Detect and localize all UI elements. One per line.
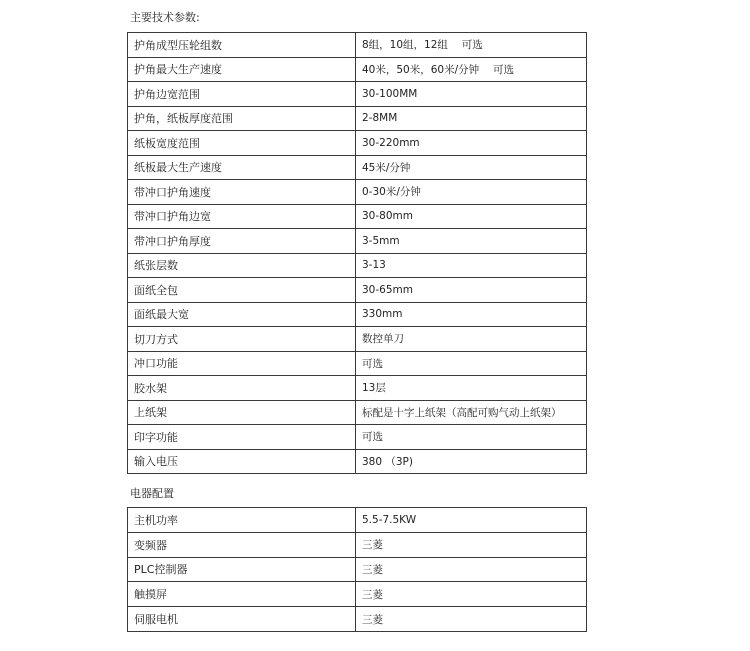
electrical-config-table: 主机功率5.5-7.5KW 变频器三菱 PLC控制器三菱 触摸屏三菱 伺服电机三… xyxy=(127,507,587,632)
spec-value: 30-220mm xyxy=(356,131,587,156)
table-row: 上纸架标配是十字上纸架（高配可购气动上纸架） xyxy=(128,400,587,425)
spec-value: 30-65mm xyxy=(356,278,587,303)
spec-value: 3-13 xyxy=(356,253,587,278)
spec-key: 输入电压 xyxy=(128,449,356,474)
spec-key: 上纸架 xyxy=(128,400,356,425)
main-specs-table: 护角成型压轮组数8组，10组，12组 可选 护角最大生产速度40米，50米，60… xyxy=(127,32,587,474)
spec-value: 三菱 xyxy=(356,607,587,632)
spec-key: 带冲口护角厚度 xyxy=(128,229,356,254)
table-row: 带冲口护角边宽30-80mm xyxy=(128,204,587,229)
spec-value: 3-5mm xyxy=(356,229,587,254)
spec-value: 标配是十字上纸架（高配可购气动上纸架） xyxy=(356,400,587,425)
spec-value: 可选 xyxy=(356,425,587,450)
spec-key: 护角，纸板厚度范围 xyxy=(128,106,356,131)
spec-key: 护角最大生产速度 xyxy=(128,57,356,82)
spec-key: 变频器 xyxy=(128,532,356,557)
table-row: 变频器三菱 xyxy=(128,532,587,557)
table-row: 纸张层数3-13 xyxy=(128,253,587,278)
spec-value: 380 （3P) xyxy=(356,449,587,474)
table-row: 冲口功能可选 xyxy=(128,351,587,376)
table-row: 护角最大生产速度40米，50米，60米/分钟 可选 xyxy=(128,57,587,82)
table-row: 纸板最大生产速度45米/分钟 xyxy=(128,155,587,180)
spec-key: 冲口功能 xyxy=(128,351,356,376)
spec-value: 13层 xyxy=(356,376,587,401)
spec-key: 面纸最大宽 xyxy=(128,302,356,327)
spec-value: 0-30米/分钟 xyxy=(356,180,587,205)
table-row: 护角成型压轮组数8组，10组，12组 可选 xyxy=(128,33,587,58)
spec-value: 三菱 xyxy=(356,557,587,582)
spec-value: 三菱 xyxy=(356,582,587,607)
table-row: 带冲口护角速度0-30米/分钟 xyxy=(128,180,587,205)
table-row: 面纸全包30-65mm xyxy=(128,278,587,303)
section-title-main-specs: 主要技术参数: xyxy=(130,11,200,25)
spec-value: 30-80mm xyxy=(356,204,587,229)
spec-value: 40米，50米，60米/分钟 可选 xyxy=(356,57,587,82)
spec-key: 带冲口护角速度 xyxy=(128,180,356,205)
spec-value: 30-100MM xyxy=(356,82,587,107)
table-row: 纸板宽度范围30-220mm xyxy=(128,131,587,156)
table-row: 面纸最大宽330mm xyxy=(128,302,587,327)
spec-key: 纸板最大生产速度 xyxy=(128,155,356,180)
table-row: 主机功率5.5-7.5KW xyxy=(128,508,587,533)
spec-key: 纸板宽度范围 xyxy=(128,131,356,156)
table-row: 触摸屏三菱 xyxy=(128,582,587,607)
section-title-electrical: 电器配置 xyxy=(130,487,174,501)
spec-key: 切刀方式 xyxy=(128,327,356,352)
spec-key: 护角成型压轮组数 xyxy=(128,33,356,58)
table-row: PLC控制器三菱 xyxy=(128,557,587,582)
table-row: 护角，纸板厚度范围2-8MM xyxy=(128,106,587,131)
table-row: 伺服电机三菱 xyxy=(128,607,587,632)
spec-key: 主机功率 xyxy=(128,508,356,533)
spec-value: 330mm xyxy=(356,302,587,327)
spec-value: 三菱 xyxy=(356,532,587,557)
table-row: 胶水架13层 xyxy=(128,376,587,401)
spec-key: 胶水架 xyxy=(128,376,356,401)
spec-key: 伺服电机 xyxy=(128,607,356,632)
spec-key: PLC控制器 xyxy=(128,557,356,582)
table-row: 带冲口护角厚度3-5mm xyxy=(128,229,587,254)
spec-value: 8组，10组，12组 可选 xyxy=(356,33,587,58)
spec-value: 2-8MM xyxy=(356,106,587,131)
spec-key: 纸张层数 xyxy=(128,253,356,278)
spec-value: 45米/分钟 xyxy=(356,155,587,180)
spec-key: 印字功能 xyxy=(128,425,356,450)
spec-value: 5.5-7.5KW xyxy=(356,508,587,533)
spec-value: 数控单刀 xyxy=(356,327,587,352)
table-row: 印字功能可选 xyxy=(128,425,587,450)
spec-key: 触摸屏 xyxy=(128,582,356,607)
spec-key: 护角边宽范围 xyxy=(128,82,356,107)
table-row: 切刀方式数控单刀 xyxy=(128,327,587,352)
table-row: 输入电压380 （3P) xyxy=(128,449,587,474)
spec-key: 面纸全包 xyxy=(128,278,356,303)
table-row: 护角边宽范围30-100MM xyxy=(128,82,587,107)
spec-value: 可选 xyxy=(356,351,587,376)
spec-key: 带冲口护角边宽 xyxy=(128,204,356,229)
